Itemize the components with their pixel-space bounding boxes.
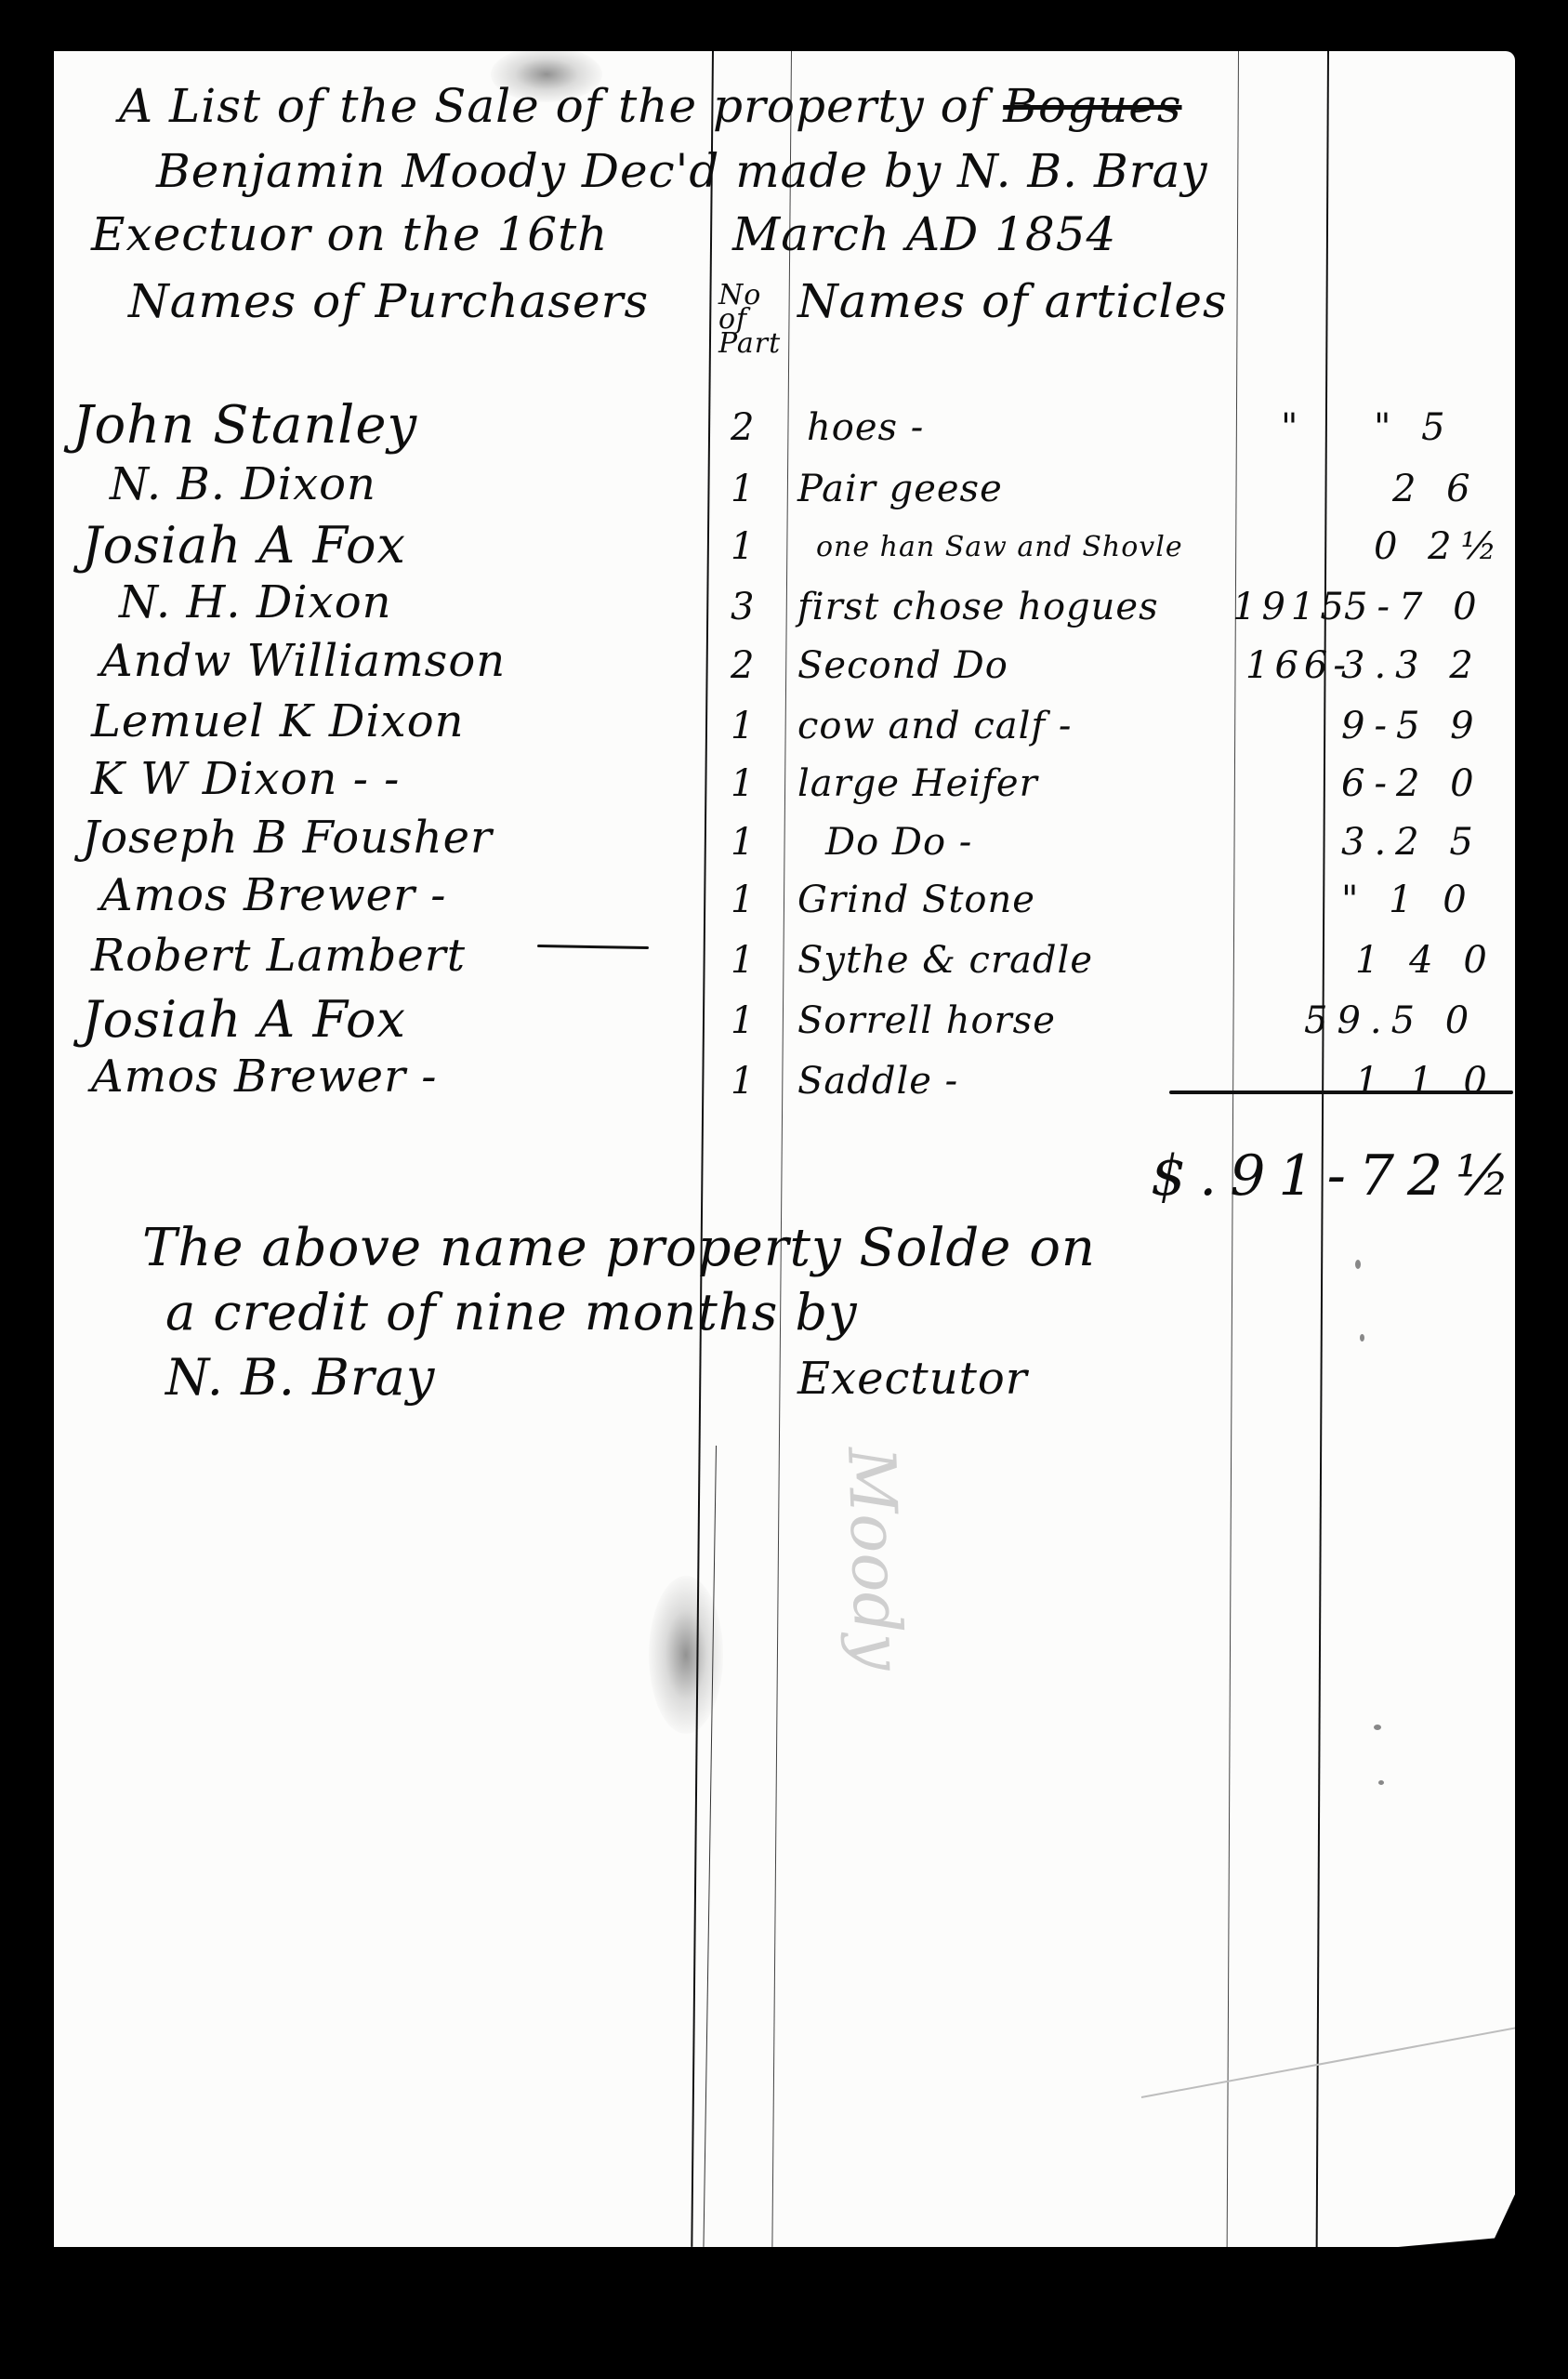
signature-name: N. B. Bray xyxy=(165,1348,435,1407)
item-weight: 1915 xyxy=(1232,586,1350,628)
pencil-annotation: Moody xyxy=(833,1446,916,1672)
item-price: 6-2 0 xyxy=(1341,762,1483,805)
item-article: Grind Stone xyxy=(797,879,1035,921)
item-price: 1 4 0 xyxy=(1355,939,1496,982)
column-header-articles: Names of articles xyxy=(797,274,1228,328)
document-page: A List of the Sale of the property of Bo… xyxy=(54,51,1515,2247)
item-qty: 1 xyxy=(731,1060,755,1103)
item-price: 5-7 0 xyxy=(1344,586,1486,628)
item-price: 3.2 5 xyxy=(1341,821,1482,864)
item-article: Pair geese xyxy=(797,468,1003,510)
ruling-line-names-right-double xyxy=(703,1446,717,2247)
purchaser-name: Lemuel K Dixon xyxy=(91,695,465,747)
item-price: 0 2½ xyxy=(1374,525,1506,568)
purchaser-name: Josiah A Fox xyxy=(82,516,406,575)
scan-speck xyxy=(1355,1260,1361,1269)
header-line-3-left: Exectuor on the 16th xyxy=(91,207,608,261)
item-qty: 1 xyxy=(731,821,755,864)
item-qty: 1 xyxy=(731,939,755,982)
purchaser-name: Robert Lambert xyxy=(91,930,466,982)
purchaser-name: N. B. Dixon xyxy=(110,458,376,510)
footer-line-1: The above name property Solde on xyxy=(142,1218,1096,1278)
item-price: 1 1 0 xyxy=(1355,1060,1496,1103)
purchaser-name: Joseph B Fousher xyxy=(82,812,493,864)
purchaser-name: Josiah A Fox xyxy=(82,990,406,1049)
item-price: " 1 0 xyxy=(1341,879,1476,921)
column-header-purchasers: Names of Purchasers xyxy=(128,274,649,328)
signature-title: Exectutor xyxy=(797,1353,1028,1405)
item-qty: 1 xyxy=(731,879,755,921)
header-line-3-right: March AD 1854 xyxy=(732,207,1116,261)
item-qty: 1 xyxy=(731,525,755,568)
ruling-line-names-right xyxy=(691,51,714,2247)
purchaser-name: K W Dixon - - xyxy=(91,753,400,805)
ruling-line-qty-right xyxy=(771,51,792,2247)
header-line-1: A List of the Sale of the property of Bo… xyxy=(119,79,1182,133)
item-qty: 2 xyxy=(731,644,755,687)
row-separator-stroke xyxy=(537,945,649,949)
struck-word: Bogues xyxy=(1003,79,1181,133)
item-qty: 1 xyxy=(731,468,755,510)
scan-speck xyxy=(1374,1725,1381,1730)
scan-speck xyxy=(1378,1780,1384,1785)
header-line-2: Benjamin Moody Dec'd made by N. B. Bray xyxy=(156,144,1208,198)
item-article: Sythe & cradle xyxy=(797,939,1093,982)
item-weight: 166- xyxy=(1245,644,1351,687)
item-article: hoes - xyxy=(807,406,924,449)
item-article: Sorrell horse xyxy=(797,999,1056,1042)
item-article: cow and calf - xyxy=(797,705,1072,747)
item-qty: 1 xyxy=(731,762,755,805)
scan-speck xyxy=(1360,1334,1364,1341)
paper-fold-line xyxy=(1141,2022,1544,2098)
item-article: one han Saw and Shovle xyxy=(816,531,1183,563)
purchaser-name: Amos Brewer - xyxy=(91,1051,438,1103)
purchaser-name: John Stanley xyxy=(72,395,417,456)
purchaser-name: Amos Brewer - xyxy=(100,869,447,921)
item-qty: 1 xyxy=(731,999,755,1042)
total-underline xyxy=(1169,1090,1513,1094)
footer-line-2: a credit of nine months by xyxy=(165,1283,858,1341)
column-header-qty: No of Part xyxy=(718,284,793,356)
sale-total: $.91-72½ xyxy=(1151,1143,1522,1209)
item-weight: " xyxy=(1281,406,1298,449)
item-article: Do Do - xyxy=(825,821,972,864)
purchaser-name: Andw Williamson xyxy=(100,635,506,687)
item-price: 3.3 2 xyxy=(1341,644,1482,687)
item-article: large Heifer xyxy=(797,762,1038,805)
item-price: 9-5 9 xyxy=(1341,705,1483,747)
item-qty: 2 xyxy=(731,406,755,449)
item-price: 59.5 0 xyxy=(1304,999,1478,1042)
item-article: first chose hogues xyxy=(797,586,1159,628)
item-article: Second Do xyxy=(797,644,1008,687)
item-qty: 1 xyxy=(731,705,755,747)
item-price: 2 6 xyxy=(1392,468,1480,510)
item-qty: 3 xyxy=(731,586,755,628)
item-price: " 5 xyxy=(1374,406,1455,449)
purchaser-name: N. H. Dixon xyxy=(119,576,392,628)
item-article: Saddle - xyxy=(797,1060,958,1103)
